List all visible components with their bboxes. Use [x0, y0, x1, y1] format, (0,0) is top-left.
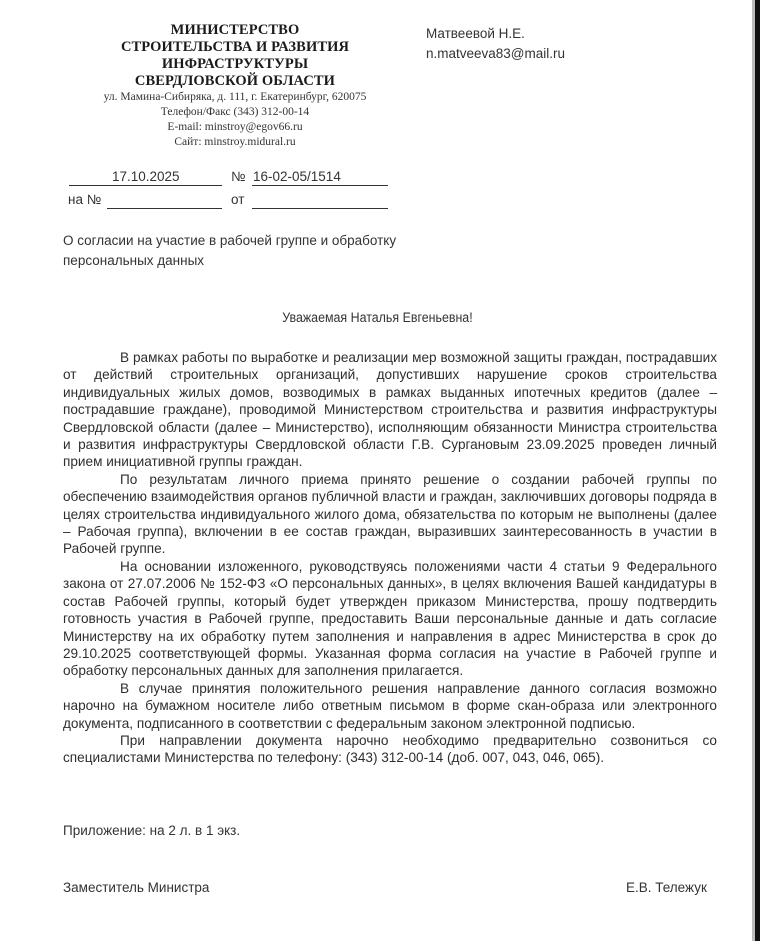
- recipient-block: Матвеевой Н.Е. n.matveeva83@mail.ru: [426, 24, 565, 64]
- reg-number-label: №: [231, 169, 245, 184]
- ref-from-underline: [252, 208, 388, 209]
- recipient-email: n.matveeva83@mail.ru: [426, 44, 565, 64]
- recipient-name: Матвеевой Н.Е.: [426, 24, 565, 44]
- paragraph-2: По результатам личного приема принято ре…: [63, 471, 717, 558]
- letter-body: В рамках работы по выработке и реализаци…: [63, 349, 717, 767]
- paragraph-1: В рамках работы по выработке и реализаци…: [63, 349, 717, 471]
- letter-page: МИНИСТЕРСТВО СТРОИТЕЛЬСТВА И РАЗВИТИЯ ИН…: [0, 0, 755, 941]
- org-address: ул. Мамина-Сибиряка, д. 111, г. Екатерин…: [70, 90, 400, 105]
- ref-from-label: от: [231, 192, 244, 207]
- signer-name: Е.В. Тележук: [626, 880, 707, 895]
- org-site: Сайт: minstroy.midural.ru: [70, 135, 400, 150]
- org-name-line-4: СВЕРДЛОВСКОЙ ОБЛАСТИ: [70, 73, 400, 90]
- ref-number-label: на №: [68, 192, 101, 207]
- org-phone: Телефон/Факс (343) 312-00-14: [70, 105, 400, 120]
- paragraph-5: При направлении документа нарочно необхо…: [63, 732, 717, 767]
- org-name-line-3: ИНФРАСТРУКТУРЫ: [70, 56, 400, 73]
- screen-edge: [755, 0, 760, 941]
- greeting: Уважаемая Наталья Евгеньевна!: [30, 310, 725, 325]
- signer-title: Заместитель Министра: [63, 880, 209, 895]
- reg-number-underline: [252, 185, 388, 186]
- ref-number-underline: [107, 208, 222, 209]
- paragraph-3: На основании изложенного, руководствуясь…: [63, 558, 717, 680]
- reg-date: 17.10.2025: [112, 169, 180, 184]
- letterhead: МИНИСТЕРСТВО СТРОИТЕЛЬСТВА И РАЗВИТИЯ ИН…: [70, 22, 400, 150]
- org-email: E-mail: minstroy@egov66.ru: [70, 120, 400, 135]
- paragraph-4: В случае принятия положительного решения…: [63, 680, 717, 732]
- reg-date-underline: [69, 185, 222, 186]
- attachment-note: Приложение: на 2 л. в 1 экз.: [63, 823, 240, 838]
- reg-number: 16-02-05/1514: [253, 169, 341, 184]
- org-name-line-2: СТРОИТЕЛЬСТВА И РАЗВИТИЯ: [70, 39, 400, 56]
- org-name-line-1: МИНИСТЕРСТВО: [70, 22, 400, 39]
- letter-subject: О согласии на участие в рабочей группе и…: [63, 231, 403, 271]
